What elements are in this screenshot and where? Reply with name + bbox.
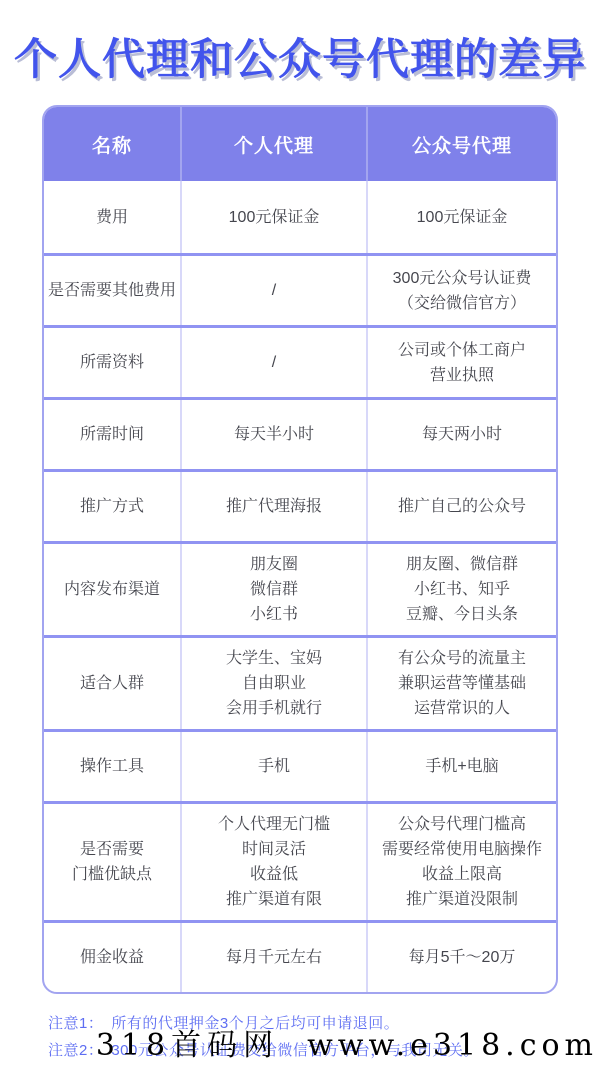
table-row: 费用100元保证金100元保证金 — [44, 181, 556, 253]
table-row: 佣金收益每月千元左右每月5千～20万 — [44, 920, 556, 992]
official-account-cell: 300元公众号认证费（交给微信官方） — [368, 256, 556, 325]
cell-line: 每天两小时 — [422, 422, 502, 447]
cell-line: 自由职业 — [242, 671, 306, 696]
cell-line: 是否需要其他费用 — [48, 278, 176, 303]
personal-agent-cell: 100元保证金 — [182, 181, 368, 253]
row-label-cell: 操作工具 — [44, 732, 182, 801]
cell-line: 兼职运营等懂基础 — [398, 671, 526, 696]
cell-line: 公众号代理门槛高 — [398, 812, 526, 837]
cell-line: 推广渠道没限制 — [406, 887, 518, 912]
official-account-cell: 每天两小时 — [368, 400, 556, 469]
personal-agent-cell: / — [182, 256, 368, 325]
cell-line: / — [272, 278, 276, 303]
cell-line: 收益上限高 — [422, 862, 502, 887]
row-label-cell: 所需资料 — [44, 328, 182, 397]
cell-line: 门槛优缺点 — [72, 862, 152, 887]
personal-agent-cell: 个人代理无门槛时间灵活收益低推广渠道有限 — [182, 804, 368, 920]
cell-line: 操作工具 — [80, 754, 144, 779]
cell-line: 推广方式 — [80, 494, 144, 519]
personal-agent-cell: 大学生、宝妈自由职业会用手机就行 — [182, 638, 368, 729]
cell-line: 豆瓣、今日头条 — [406, 602, 518, 627]
row-label-cell: 费用 — [44, 181, 182, 253]
table-row: 操作工具手机手机+电脑 — [44, 729, 556, 801]
cell-line: 微信群 — [250, 577, 298, 602]
cell-line: 运营常识的人 — [414, 696, 510, 721]
table-row: 是否需要门槛优缺点个人代理无门槛时间灵活收益低推广渠道有限公众号代理门槛高需要经… — [44, 801, 556, 920]
table-row: 是否需要其他费用/300元公众号认证费（交给微信官方） — [44, 253, 556, 325]
watermark: 318首码网www.e318.com — [96, 1020, 598, 1064]
poster: 个人代理和公众号代理的差异 名称 个人代理 公众号代理 费用100元保证金100… — [0, 26, 600, 1064]
cell-line: 100元保证金 — [417, 205, 508, 230]
row-label-cell: 内容发布渠道 — [44, 544, 182, 635]
cell-line: 所需时间 — [80, 422, 144, 447]
table-row: 所需时间每天半小时每天两小时 — [44, 397, 556, 469]
cell-line: 佣金收益 — [80, 945, 144, 970]
cell-line: 是否需要 — [80, 837, 144, 862]
table-row: 推广方式推广代理海报推广自己的公众号 — [44, 469, 556, 541]
header-cell-name: 名称 — [44, 107, 182, 181]
cell-line: 大学生、宝妈 — [226, 646, 322, 671]
cell-line: 推广代理海报 — [226, 494, 322, 519]
official-account-cell: 推广自己的公众号 — [368, 472, 556, 541]
cell-line: 朋友圈 — [250, 552, 298, 577]
cell-line: / — [272, 350, 276, 375]
row-label-cell: 是否需要门槛优缺点 — [44, 804, 182, 920]
cell-line: 手机+电脑 — [425, 754, 498, 779]
row-label-cell: 佣金收益 — [44, 923, 182, 992]
cell-line: 推广自己的公众号 — [398, 494, 526, 519]
table-row: 所需资料/公司或个体工商户营业执照 — [44, 325, 556, 397]
official-account-cell: 每月5千～20万 — [368, 923, 556, 992]
row-label-cell: 适合人群 — [44, 638, 182, 729]
watermark-site-url: www.e318.com — [307, 1028, 598, 1063]
row-label-cell: 推广方式 — [44, 472, 182, 541]
personal-agent-cell: 推广代理海报 — [182, 472, 368, 541]
cell-line: 营业执照 — [430, 363, 494, 388]
page-title: 个人代理和公众号代理的差异 — [0, 26, 600, 87]
header-cell-official-account-agent: 公众号代理 — [368, 107, 556, 181]
official-account-cell: 有公众号的流量主兼职运营等懂基础运营常识的人 — [368, 638, 556, 729]
cell-line: 有公众号的流量主 — [398, 646, 526, 671]
cell-line: 适合人群 — [80, 671, 144, 696]
official-account-cell: 手机+电脑 — [368, 732, 556, 801]
table-header-row: 名称 个人代理 公众号代理 — [44, 107, 556, 181]
official-account-cell: 100元保证金 — [368, 181, 556, 253]
personal-agent-cell: 每月千元左右 — [182, 923, 368, 992]
comparison-table: 名称 个人代理 公众号代理 费用100元保证金100元保证金是否需要其他费用/3… — [42, 105, 558, 994]
table-row: 内容发布渠道朋友圈微信群小红书朋友圈、微信群小红书、知乎豆瓣、今日头条 — [44, 541, 556, 635]
cell-line: 小红书、知乎 — [414, 577, 510, 602]
official-account-cell: 公司或个体工商户营业执照 — [368, 328, 556, 397]
personal-agent-cell: / — [182, 328, 368, 397]
row-label-cell: 所需时间 — [44, 400, 182, 469]
cell-line: 时间灵活 — [242, 837, 306, 862]
personal-agent-cell: 手机 — [182, 732, 368, 801]
cell-line: 收益低 — [250, 862, 298, 887]
personal-agent-cell: 朋友圈微信群小红书 — [182, 544, 368, 635]
cell-line: 100元保证金 — [229, 205, 320, 230]
cell-line: 推广渠道有限 — [226, 887, 322, 912]
cell-line: 每月千元左右 — [226, 945, 322, 970]
cell-line: 费用 — [96, 205, 128, 230]
cell-line: 300元公众号认证费 — [393, 266, 532, 291]
official-account-cell: 公众号代理门槛高需要经常使用电脑操作收益上限高推广渠道没限制 — [368, 804, 556, 920]
cell-line: 个人代理无门槛 — [218, 812, 330, 837]
personal-agent-cell: 每天半小时 — [182, 400, 368, 469]
cell-line: （交给微信官方） — [398, 291, 526, 316]
watermark-site-name: 318首码网 — [96, 1028, 279, 1063]
cell-line: 每月5千～20万 — [409, 945, 516, 970]
cell-line: 每天半小时 — [234, 422, 314, 447]
table-body: 费用100元保证金100元保证金是否需要其他费用/300元公众号认证费（交给微信… — [44, 181, 556, 992]
official-account-cell: 朋友圈、微信群小红书、知乎豆瓣、今日头条 — [368, 544, 556, 635]
table-row: 适合人群大学生、宝妈自由职业会用手机就行有公众号的流量主兼职运营等懂基础运营常识… — [44, 635, 556, 729]
cell-line: 小红书 — [250, 602, 298, 627]
cell-line: 手机 — [258, 754, 290, 779]
row-label-cell: 是否需要其他费用 — [44, 256, 182, 325]
cell-line: 会用手机就行 — [226, 696, 322, 721]
header-cell-personal-agent: 个人代理 — [182, 107, 368, 181]
cell-line: 公司或个体工商户 — [398, 338, 526, 363]
cell-line: 所需资料 — [80, 350, 144, 375]
cell-line: 朋友圈、微信群 — [406, 552, 518, 577]
cell-line: 内容发布渠道 — [64, 577, 160, 602]
cell-line: 需要经常使用电脑操作 — [382, 837, 542, 862]
